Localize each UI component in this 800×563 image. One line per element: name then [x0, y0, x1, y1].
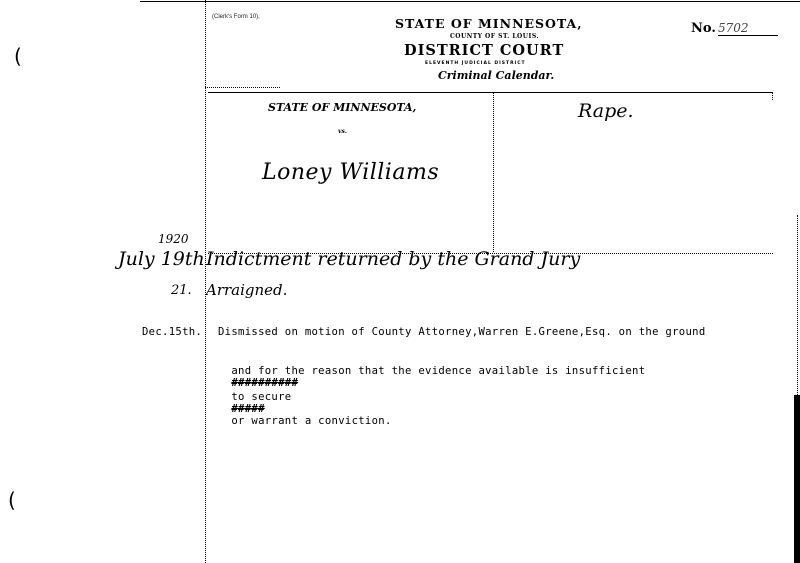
entry-date-1: July 19th — [118, 248, 205, 270]
case-number-label: No. — [691, 21, 716, 36]
entry-text-2: Arraigned. — [206, 281, 287, 299]
struck-text-2: ##### — [231, 403, 264, 415]
entry-date-3: Dec.15th. — [142, 326, 202, 338]
scan-edge-shadow — [794, 395, 800, 563]
versus: vs. — [338, 128, 347, 135]
header-county: COUNTY OF ST. LOUIS. — [450, 33, 539, 40]
form-label: (Clerk's Form 10), — [212, 14, 260, 20]
entry-text-3-line-3-end: or warrant a conviction. — [231, 415, 391, 427]
caption-right-edge — [772, 92, 773, 100]
caption-top-rule — [208, 92, 773, 93]
entry-text-3-line-3: to secure ##### or warrant a conviction. — [218, 379, 392, 427]
plaintiff: STATE OF MINNESOTA, — [268, 101, 416, 114]
entry-text-1: Indictment returned by the Grand Jury — [206, 248, 580, 270]
header-district: ELEVENTH JUDICIAL DISTRICT — [425, 61, 526, 66]
entry-text-3-line-1: Dismissed on motion of County Attorney,W… — [218, 326, 706, 338]
top-border-line — [140, 1, 800, 2]
margin-mark-top: ( — [14, 44, 22, 68]
case-number-value: 5702 — [718, 21, 778, 36]
entry-date-2: 21. — [171, 283, 192, 298]
margin-mark-bottom: ( — [8, 488, 16, 512]
caption-divider — [493, 92, 494, 252]
entry-text-3-line-2-text: and for the reason that the evidence ava… — [231, 365, 645, 377]
header-calendar: Criminal Calendar. — [438, 69, 554, 82]
entry-year: 1920 — [158, 232, 189, 246]
header-state: STATE OF MINNESOTA, — [395, 16, 583, 31]
header-court: DISTRICT COURT — [404, 42, 564, 59]
defendant-name: Loney Williams — [262, 160, 439, 185]
entry-text-3-line-3-start: to secure — [231, 391, 291, 403]
charge: Rape. — [578, 100, 634, 122]
header-bottom-rule — [205, 87, 280, 88]
